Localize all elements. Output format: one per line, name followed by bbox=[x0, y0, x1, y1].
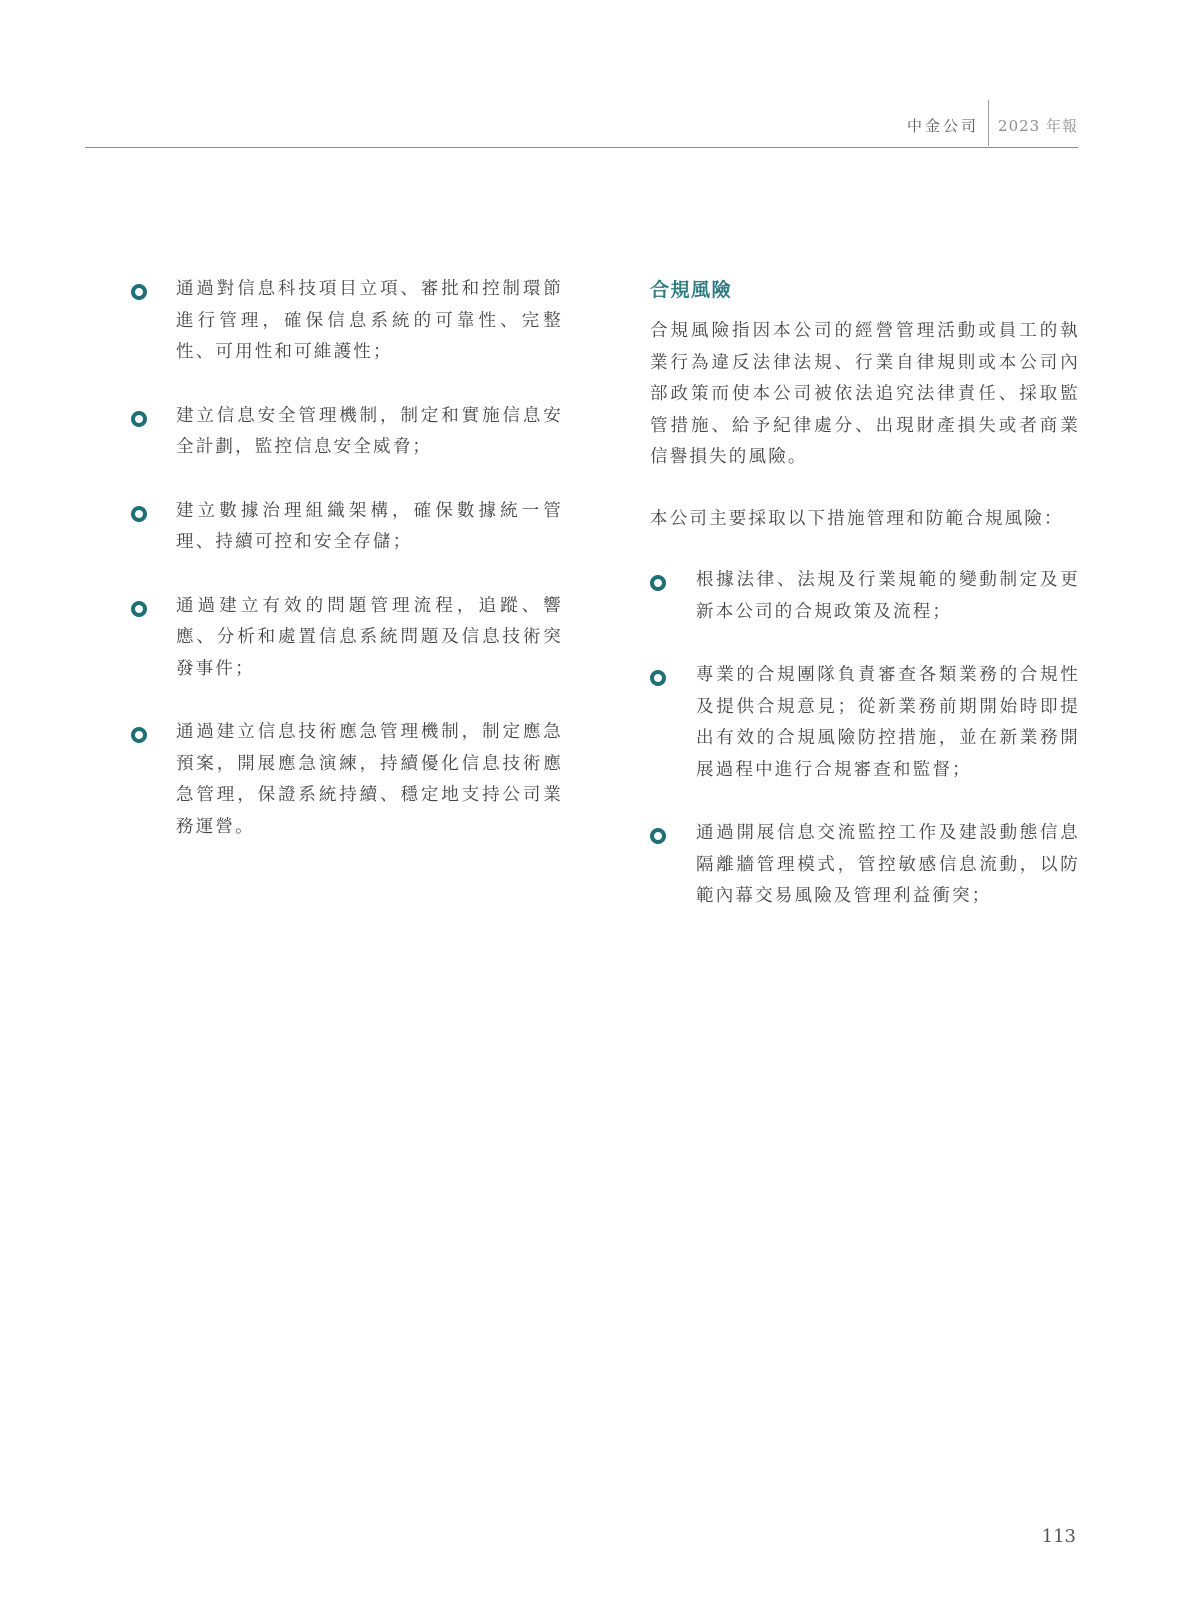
lead-in-paragraph: 本公司主要採取以下措施管理和防範合規風險： bbox=[650, 504, 1080, 536]
list-item-text: 通過對信息科技項目立項、審批和控制環節進行管理，確保信息系統的可靠性、完整性、可… bbox=[176, 279, 563, 362]
intro-paragraph: 合規風險指因本公司的經營管理活動或員工的執業行為違反法律法規、行業自律規則或本公… bbox=[650, 316, 1080, 474]
list-item: 建立信息安全管理機制，制定和實施信息安全計劃，監控信息安全威脅； bbox=[131, 401, 563, 464]
ring-bullet-icon bbox=[131, 411, 147, 427]
list-item-text: 建立信息安全管理機制，制定和實施信息安全計劃，監控信息安全威脅； bbox=[176, 406, 563, 458]
running-header: 中金公司 2023 年報 bbox=[907, 100, 1078, 146]
list-item: 通過建立信息技術應急管理機制，制定應急預案，開展應急演練，持續優化信息技術應急管… bbox=[131, 717, 563, 843]
ring-bullet-icon bbox=[131, 601, 147, 617]
list-item: 建立數據治理組織架構，確保數據統一管理、持續可控和安全存儲； bbox=[131, 496, 563, 559]
header-rule bbox=[85, 147, 1078, 148]
list-item: 通過開展信息交流監控工作及建設動態信息隔離牆管理模式，管控敏感信息流動，以防範內… bbox=[650, 818, 1080, 913]
ring-bullet-icon bbox=[131, 727, 147, 743]
list-item-text: 通過建立信息技術應急管理機制，制定應急預案，開展應急演練，持續優化信息技術應急管… bbox=[176, 722, 563, 837]
list-item: 通過建立有效的問題管理流程，追蹤、響應、分析和處置信息系統問題及信息技術突發事件… bbox=[131, 591, 563, 686]
list-item-text: 建立數據治理組織架構，確保數據統一管理、持續可控和安全存儲； bbox=[176, 501, 563, 553]
ring-bullet-icon bbox=[131, 284, 147, 300]
list-item: 根據法律、法規及行業規範的變動制定及更新本公司的合規政策及流程； bbox=[650, 565, 1080, 628]
ring-bullet-icon bbox=[650, 828, 666, 844]
page-number: 113 bbox=[1042, 1526, 1076, 1547]
ring-bullet-icon bbox=[650, 670, 666, 686]
section-title: 合規風險 bbox=[650, 278, 1080, 302]
list-item-text: 通過建立有效的問題管理流程，追蹤、響應、分析和處置信息系統問題及信息技術突發事件… bbox=[176, 596, 563, 679]
list-item: 專業的合規團隊負責審查各類業務的合規性及提供合規意見；從新業務前期開始時即提出有… bbox=[650, 660, 1080, 786]
right-column: 合規風險 合規風險指因本公司的經營管理活動或員工的執業行為違反法律法規、行業自律… bbox=[650, 272, 1080, 945]
list-item-text: 根據法律、法規及行業規範的變動制定及更新本公司的合規政策及流程； bbox=[696, 570, 1080, 622]
ring-bullet-icon bbox=[650, 575, 666, 591]
company-name: 中金公司 bbox=[907, 111, 988, 136]
ring-bullet-icon bbox=[131, 506, 147, 522]
list-item-text: 通過開展信息交流監控工作及建設動態信息隔離牆管理模式，管控敏感信息流動，以防範內… bbox=[696, 823, 1080, 906]
list-item: 通過對信息科技項目立項、審批和控制環節進行管理，確保信息系統的可靠性、完整性、可… bbox=[131, 274, 563, 369]
list-item-text: 專業的合規團隊負責審查各類業務的合規性及提供合規意見；從新業務前期開始時即提出有… bbox=[696, 665, 1080, 780]
report-title: 2023 年報 bbox=[989, 111, 1078, 136]
left-column: 通過對信息科技項目立項、審批和控制環節進行管理，確保信息系統的可靠性、完整性、可… bbox=[131, 274, 563, 875]
